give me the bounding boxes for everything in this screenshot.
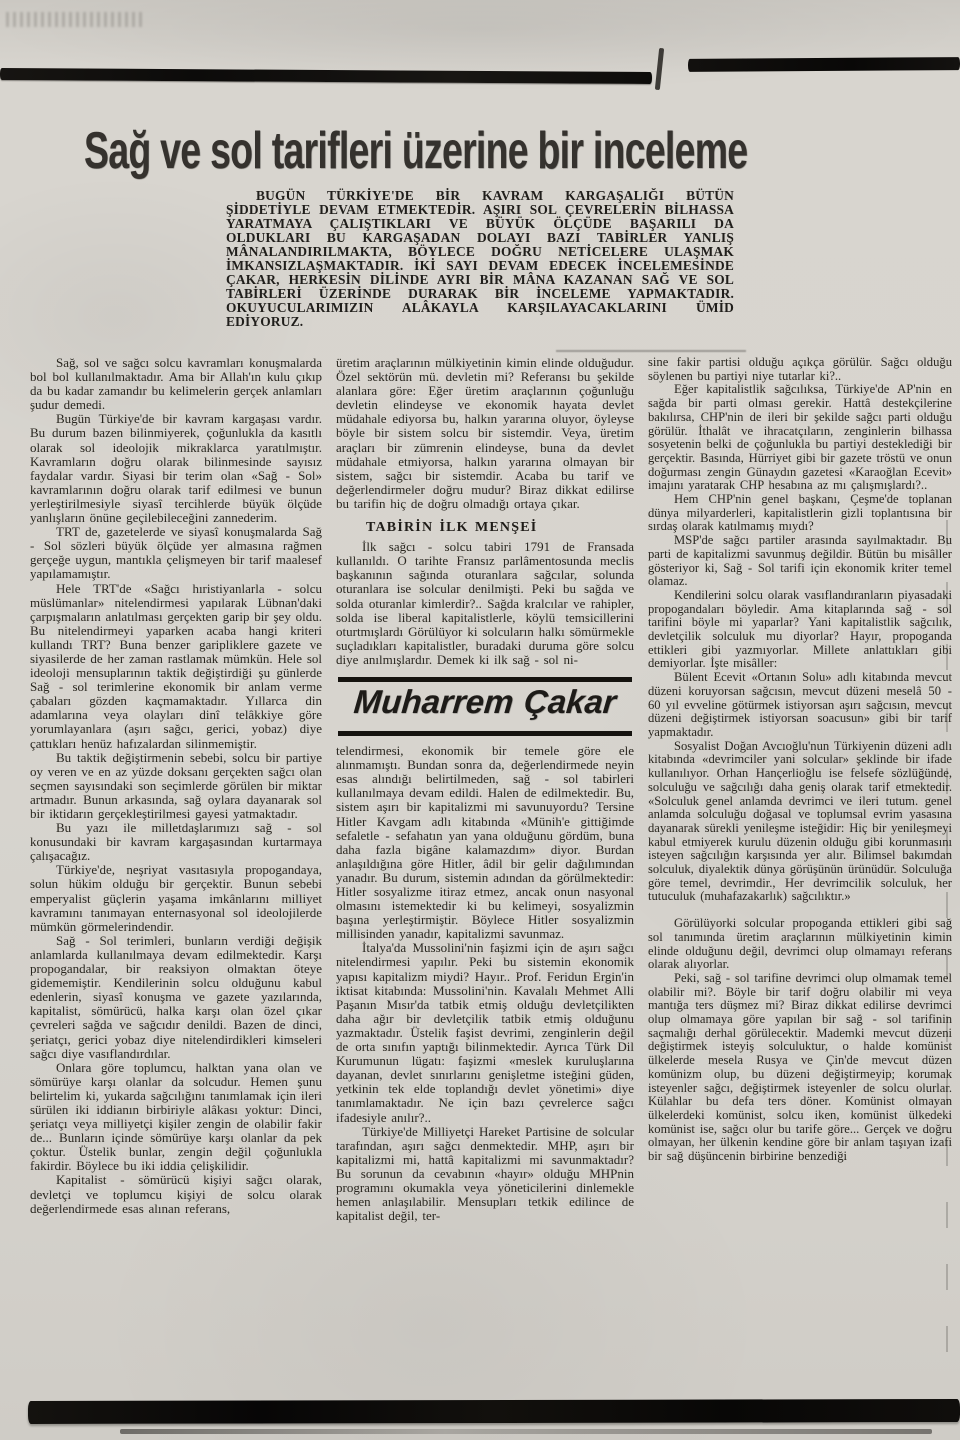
article-paragraph: İlk sağcı - solcu tabiri 1791 de Fransad… xyxy=(336,540,634,667)
top-rule-left xyxy=(0,68,652,84)
article-paragraph: üretim araçlarının mülkiyetinin kimin el… xyxy=(336,356,634,511)
bottom-rule xyxy=(28,1399,960,1424)
article-paragraph: sine fakir partisi olduğu açıkça görülür… xyxy=(648,356,952,383)
article-paragraph: Sosyalist Doğan Avcıoğlu'nun Türkiyenin … xyxy=(648,740,952,904)
article-paragraph: MSP'de sağcı partiler arasında sayılmakt… xyxy=(648,534,952,589)
article-paragraph: Bu yazı ile milletdaşlarımızı sağ - sol … xyxy=(30,821,322,863)
top-rule-right xyxy=(688,57,960,72)
column-3: sine fakir partisi olduğu açıkça görülür… xyxy=(648,356,952,1404)
article-paragraph: Peki, sağ - sol tarifine devrimci olup o… xyxy=(648,972,952,1164)
article-paragraph: Hele TRT'de «Sağcı hıristiyanlarla - sol… xyxy=(30,582,322,751)
section-heading: TABİRİN İLK MENŞEİ xyxy=(366,521,634,535)
article-paragraph: Sağ, sol ve sağcı solcu kavramları konuş… xyxy=(30,356,322,412)
bottom-rule-echo-artifact xyxy=(120,1429,932,1434)
top-rule-tick-artifact xyxy=(655,48,664,90)
article-paragraph: Eğer kapitalistlik sağcılıksa, Türkiye'd… xyxy=(648,383,952,493)
article-paragraph: Görülüyorki solcular propoganda ettikler… xyxy=(648,917,952,972)
article-paragraph: Kendilerini solcu olarak vasıflandıranla… xyxy=(648,589,952,671)
article-paragraph: Kapitalist - sömürücü kişiyi sağcı olara… xyxy=(30,1173,322,1215)
newspaper-scan-page: Sağ ve sol tarifleri üzerine bir incelem… xyxy=(0,0,960,1440)
article-paragraph: Bu taktik değiştirmenin sebebi, solcu bi… xyxy=(30,751,322,821)
lede-paragraph: BUGÜN TÜRKİYE'DE BİR KAVRAM KARGAŞALIĞI … xyxy=(226,189,734,328)
scan-smudge-artifact xyxy=(6,12,146,27)
article-paragraph: Bülent Ecevit «Ortanın Solu» adlı kitabı… xyxy=(648,671,952,740)
scan-vertical-line-artifact xyxy=(946,520,948,1380)
article-paragraph: Onlara göre toplumcu, halktan yana olan … xyxy=(30,1061,322,1174)
column-2: üretim araçlarının mülkiyetinin kimin el… xyxy=(336,356,634,1404)
article-paragraph: TRT de, gazetelerde ve siyasî konuşmalar… xyxy=(30,525,322,581)
article-paragraph: Sağ - Sol terimleri, bunların verdiği de… xyxy=(30,934,322,1061)
article-title: Sağ ve sol tarifleri üzerine bir incelem… xyxy=(84,121,747,181)
article-paragraph: Türkiye'de Milliyetçi Hareket Partisine … xyxy=(336,1125,634,1224)
byline-author: Muharrem Çakar xyxy=(353,695,616,709)
article-paragraph: İtalya'da Mussolini'nin faşizmi için de … xyxy=(336,941,634,1124)
lede-underline-artifact xyxy=(556,350,746,352)
column-1: Sağ, sol ve sağcı solcu kavramları konuş… xyxy=(30,356,322,1404)
byline-box: Muharrem Çakar xyxy=(338,677,632,736)
article-paragraph: Hem CHP'nin genel başkanı, Çeşme'de topl… xyxy=(648,493,952,534)
article-columns: Sağ, sol ve sağcı solcu kavramları konuş… xyxy=(30,356,952,1404)
article-paragraph: telendirmesi, ekonomik bir temele göre e… xyxy=(336,744,634,941)
article-paragraph: Türkiye'de, neşriyat vasıtasıyla propoga… xyxy=(30,863,322,933)
article-paragraph: Bugün Türkiye'de bir kavram kargaşası va… xyxy=(30,412,322,525)
